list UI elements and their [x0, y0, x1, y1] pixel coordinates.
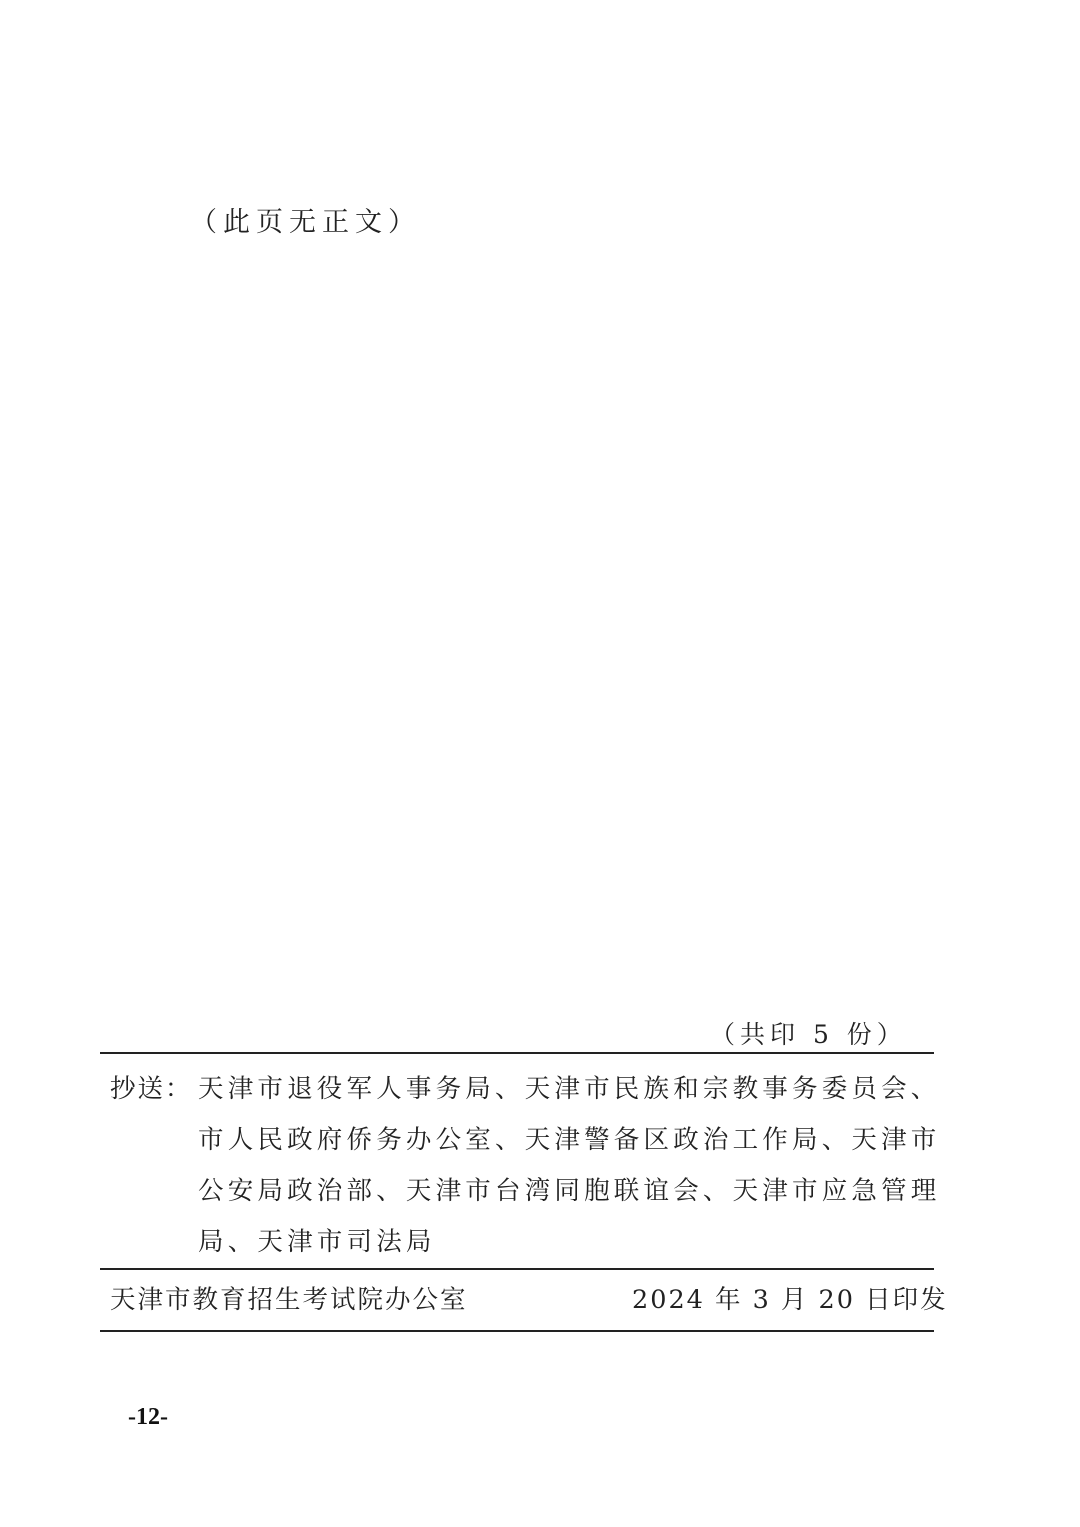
- divider-bottom: [100, 1330, 934, 1332]
- no-body-note: （此页无正文）: [190, 200, 421, 239]
- cc-recipients: 天津市退役军人事务局、天津市民族和宗教事务委员会、 市人民政府侨务办公室、天津警…: [198, 1064, 938, 1268]
- issue-date: 2024 年 3 月 20 日印发: [632, 1280, 948, 1316]
- divider-middle: [100, 1268, 934, 1270]
- cc-line: 市人民政府侨务办公室、天津警备区政治工作局、天津市: [198, 1115, 938, 1166]
- page-number: -12-: [128, 1404, 168, 1431]
- cc-label: 抄送：: [110, 1064, 193, 1115]
- cc-line: 天津市退役军人事务局、天津市民族和宗教事务委员会、: [198, 1064, 938, 1115]
- copies-note: （共印 5 份）: [710, 1015, 907, 1051]
- issuer: 天津市教育招生考试院办公室: [110, 1280, 468, 1316]
- cc-line: 公安局政治部、天津市台湾同胞联谊会、天津市应急管理: [198, 1166, 938, 1217]
- divider-top: [100, 1052, 934, 1054]
- cc-line: 局、天津市司法局: [198, 1217, 938, 1268]
